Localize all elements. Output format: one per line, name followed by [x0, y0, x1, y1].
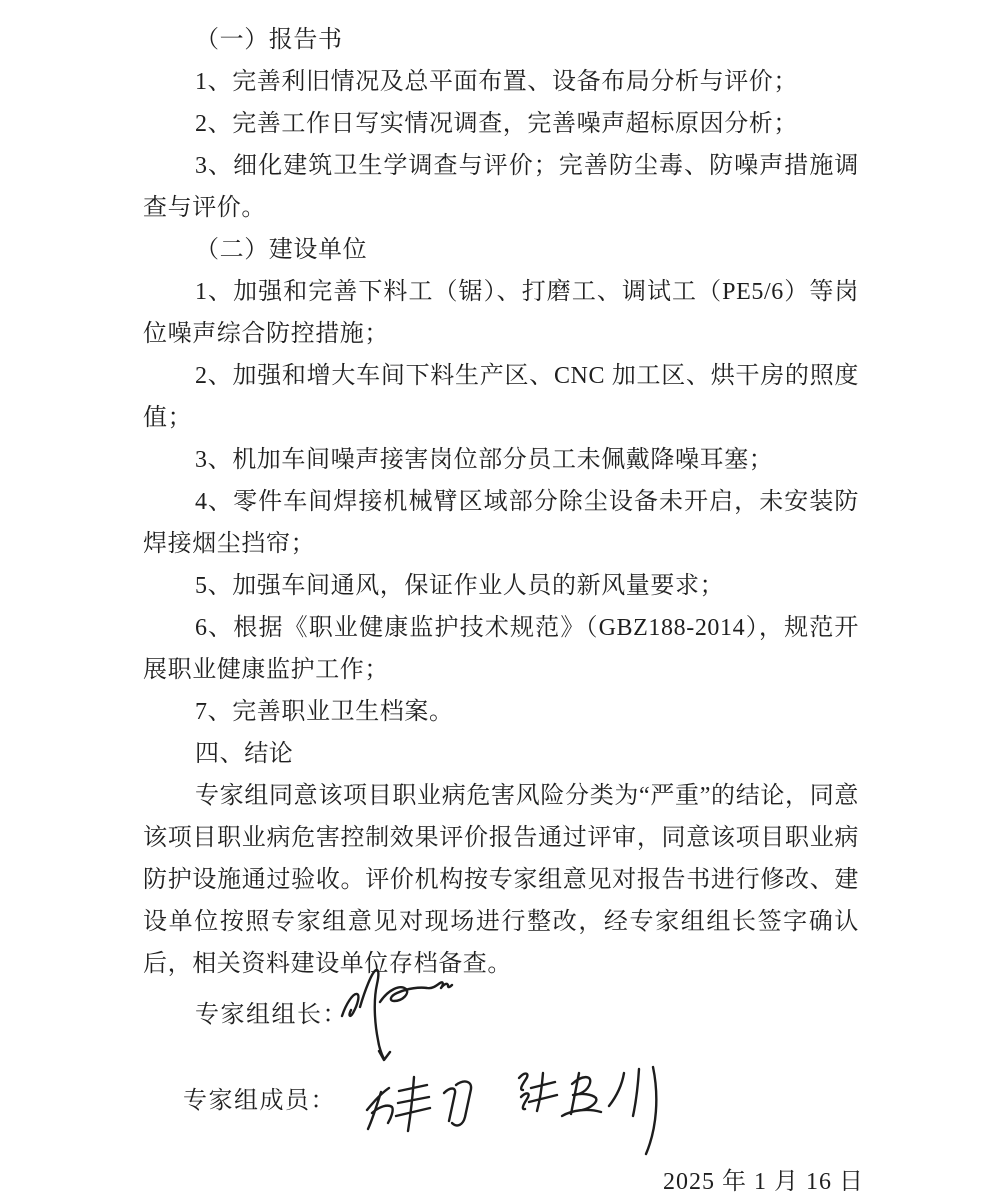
- construction-item-2: 2、加强和增大车间下料生产区、CNC 加工区、烘干房的照度值；: [143, 355, 859, 439]
- member-signature-2-handwriting: [512, 1064, 668, 1166]
- section-report-heading: （一）报告书: [143, 19, 859, 61]
- section-conclusion-heading: 四、结论: [143, 733, 859, 775]
- report-item-1: 1、完善利旧情况及总平面布置、设备布局分析与评价；: [143, 61, 859, 103]
- member-signature-1-handwriting: [362, 1072, 478, 1140]
- report-item-3: 3、细化建筑卫生学调查与评价；完善防尘毒、防噪声措施调查与评价。: [143, 145, 859, 229]
- document-body: （一）报告书 1、完善利旧情况及总平面布置、设备布局分析与评价； 2、完善工作日…: [143, 19, 859, 985]
- construction-item-6: 6、根据《职业健康监护技术规范》（GBZ188-2014），规范开展职业健康监护…: [143, 607, 859, 691]
- section-construction-heading: （二）建设单位: [143, 229, 859, 271]
- construction-item-4: 4、零件车间焊接机械臂区域部分除尘设备未开启，未安装防焊接烟尘挡帘；: [143, 481, 859, 565]
- report-item-2: 2、完善工作日写实情况调查，完善噪声超标原因分析；: [143, 103, 859, 145]
- document-date: 2025 年 1 月 16 日: [663, 1161, 864, 1196]
- construction-item-5: 5、加强车间通风，保证作业人员的新风量要求；: [143, 565, 859, 607]
- construction-item-1: 1、加强和完善下料工（锯）、打磨工、调试工（PE5/6）等岗位噪声综合防控措施；: [143, 271, 859, 355]
- expert-group-members-label: 专家组成员：: [183, 1080, 336, 1115]
- construction-item-3: 3、机加车间噪声接害岗位部分员工未佩戴降噪耳塞；: [143, 439, 859, 481]
- document-page: （一）报告书 1、完善利旧情况及总平面布置、设备布局分析与评价； 2、完善工作日…: [0, 0, 1002, 1200]
- leader-signature-handwriting: [330, 960, 470, 1080]
- conclusion-paragraph: 专家组同意该项目职业病危害风险分类为“严重”的结论，同意该项目职业病危害控制效果…: [143, 775, 859, 985]
- construction-item-7: 7、完善职业卫生档案。: [143, 691, 859, 733]
- expert-group-leader-label: 专家组组长：: [195, 994, 348, 1029]
